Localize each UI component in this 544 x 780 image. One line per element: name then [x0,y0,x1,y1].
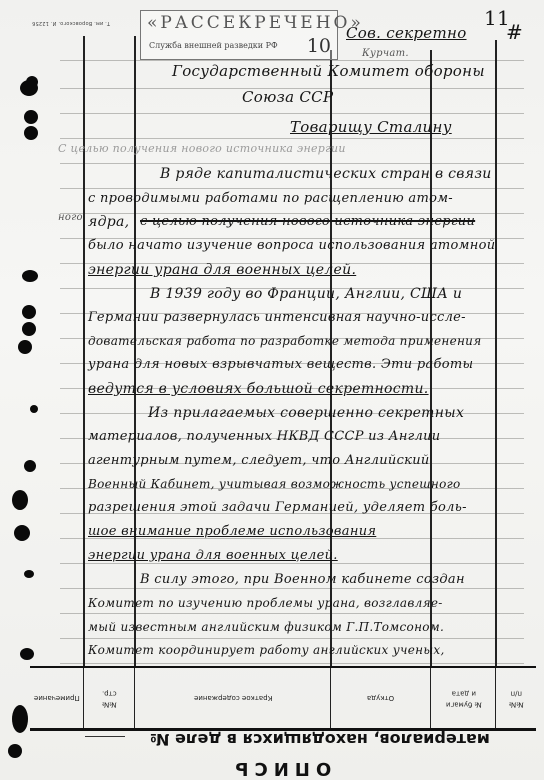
column-line [134,36,136,668]
body-line: В ряде капиталистических стран в связи [160,166,492,182]
body-line: Военный Кабинет, учитывая возможность ус… [88,477,461,491]
body-line: урана для новых взрывчатых веществ. Эти … [88,357,473,372]
form-col-doc-number: № бумаги и дата [430,668,496,728]
form-col-item-number: №№ п/п [495,668,537,728]
addressee: Товарищу Сталину [290,118,452,136]
form-col-source: Откуда [330,668,431,728]
addressee-org-line1: Государственный Комитет обороны [172,62,485,80]
form-blank-line [85,736,125,737]
stamp-number: 10 [307,35,331,57]
addressee-org-line2: Союза ССР [242,88,333,106]
body-line: с проводимыми работами по расщеплению ат… [88,191,453,206]
body-line: Германии развернулась интенсивная научно… [88,310,466,325]
body-line: В силу этого, при Военном кабинете созда… [140,572,465,587]
body-line: было начато изучение вопроса использован… [88,238,495,253]
column-line [83,36,85,668]
inventory-form-heading: ОПИСЬ [180,758,380,779]
inventory-form-title: материалов, находящихся в деле № [140,730,500,749]
body-line: разрешения этой задачи Германией, уделяе… [88,500,467,515]
page-mark-hash: # [506,20,523,44]
stamp-title: «РАССЕКРЕЧЕНО» [147,13,331,33]
form-col-pages: №№ стр. [83,668,135,728]
classification-mark: Сов. секретно [346,24,467,42]
printed-header: Т. им. Воровского. И. 12256 [32,20,110,26]
body-line: энергии урана для военных целей. [88,548,338,563]
scanned-document-page: Т. им. Воровского. И. 12256 «РАССЕКРЕЧЕН… [0,0,544,780]
body-line: Комитет по изучению проблемы урана, возг… [88,596,443,610]
body-line: материалов, полученных НКВД СССР из Англ… [88,429,440,444]
body-line-struck: с целью получения нового источника энерг… [140,214,475,229]
body-line: шое внимание проблеме использования [88,524,376,539]
body-line: энергии урана для военных целей. [88,262,356,278]
body-line: Комитет координирует работу английских у… [88,643,445,657]
body-line: агентурным путем, следует, что Английски… [88,453,430,468]
form-col-notes: Примечание [30,668,83,728]
classification-note: Курчат. [362,48,409,59]
body-line: ведутся в условиях большой секретности. [88,381,429,397]
body-line: ядра, [88,214,129,230]
body-line: В 1939 году во Франции, Англии, США и [150,286,462,302]
stamp-agency: Служба внешней разведки РФ [149,41,278,50]
declassified-stamp: «РАССЕКРЕЧЕНО» Служба внешней разведки Р… [140,10,338,60]
body-line: Из прилагаемых совершенно секретных [148,405,464,421]
body-line: мый известным английским физиком Г.П.Том… [88,620,444,634]
faint-pencil-note: С целью получения нового источника энерг… [58,142,346,155]
margin-note: ного [58,212,83,223]
inventory-form-header-row: Примечание №№ стр. Краткое содержание От… [30,666,536,731]
body-line: довательская работа по разработке метода… [88,334,481,348]
form-col-summary: Краткое содержание [134,668,331,728]
column-line [495,40,497,668]
